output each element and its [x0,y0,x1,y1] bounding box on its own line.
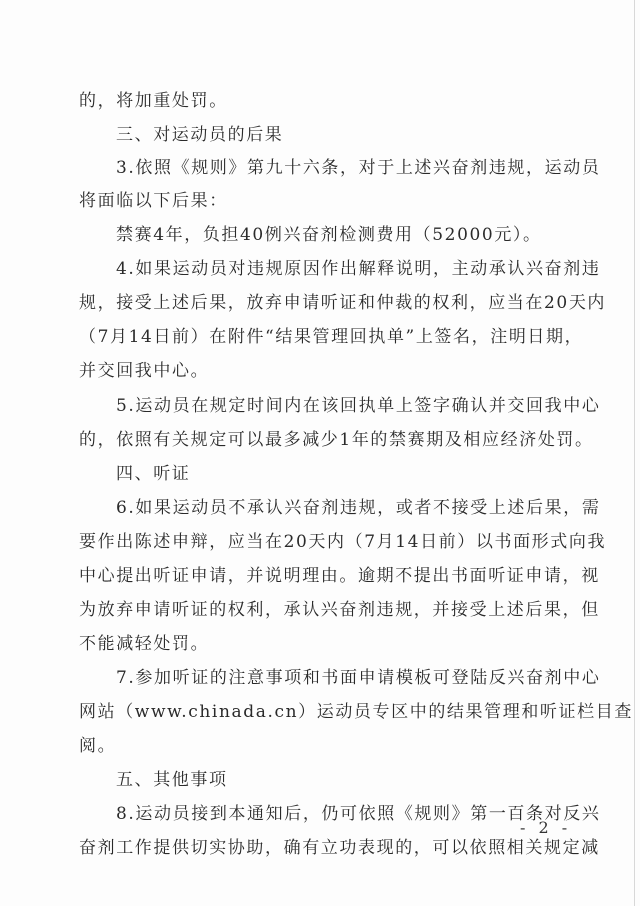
text-line: 规，接受上述后果，放弃申请听证和仲裁的权利，应当在20天内 [79,293,606,313]
text-line: 的，将加重处罚。 [79,91,228,111]
text-line: 中心提出听证申请，并说明理由。逾期不提出书面听证申请，视 [79,566,600,586]
section-heading-5: 五、其他事项 [116,770,228,790]
page-number: - 2 - [520,818,571,837]
text-line: 要作出陈述申辩，应当在20天内（7月14日前）以书面形式向我 [79,532,606,552]
page-edge [634,0,635,906]
text-line: 奋剂工作提供切实协助，确有立功表现的，可以依照相关规定减 [79,838,600,858]
text-line: 3.依照《规则》第九十六条，对于上述兴奋剂违规，运动员 [116,158,600,178]
text-line: 4.如果运动员对违规原因作出解释说明，主动承认兴奋剂违 [116,259,600,279]
text-line: 阅。 [79,736,116,756]
text-line: 将面临以下后果： [79,191,228,211]
text-line: 禁赛4年，负担40例兴奋剂检测费用（52000元）。 [116,225,542,245]
text-line: 不能减轻处罚。 [79,634,209,654]
section-heading-3: 三、对运动员的后果 [116,125,283,145]
text-line: 7.参加听证的注意事项和书面申请模板可登陆反兴奋剂中心 [116,668,600,688]
text-line: （7月14日前）在附件“结果管理回执单”上签名，注明日期， [79,327,583,347]
text-line: 为放弃申请听证的权利，承认兴奋剂违规，并接受上述后果，但 [79,600,600,620]
section-heading-4: 四、听证 [116,464,190,484]
text-line: 6.如果运动员不承认兴奋剂违规，或者不接受上述后果，需 [116,498,600,518]
text-line: 的，依照有关规定可以最多减少1年的禁赛期及相应经济处罚。 [79,430,594,450]
text-line: 并交回我中心。 [79,361,209,381]
text-line: 5.运动员在规定时间内在该回执单上签字确认并交回我中心 [116,396,600,416]
text-line: 网站（www.chinada.cn）运动员专区中的结果管理和听证栏目查 [79,702,633,722]
